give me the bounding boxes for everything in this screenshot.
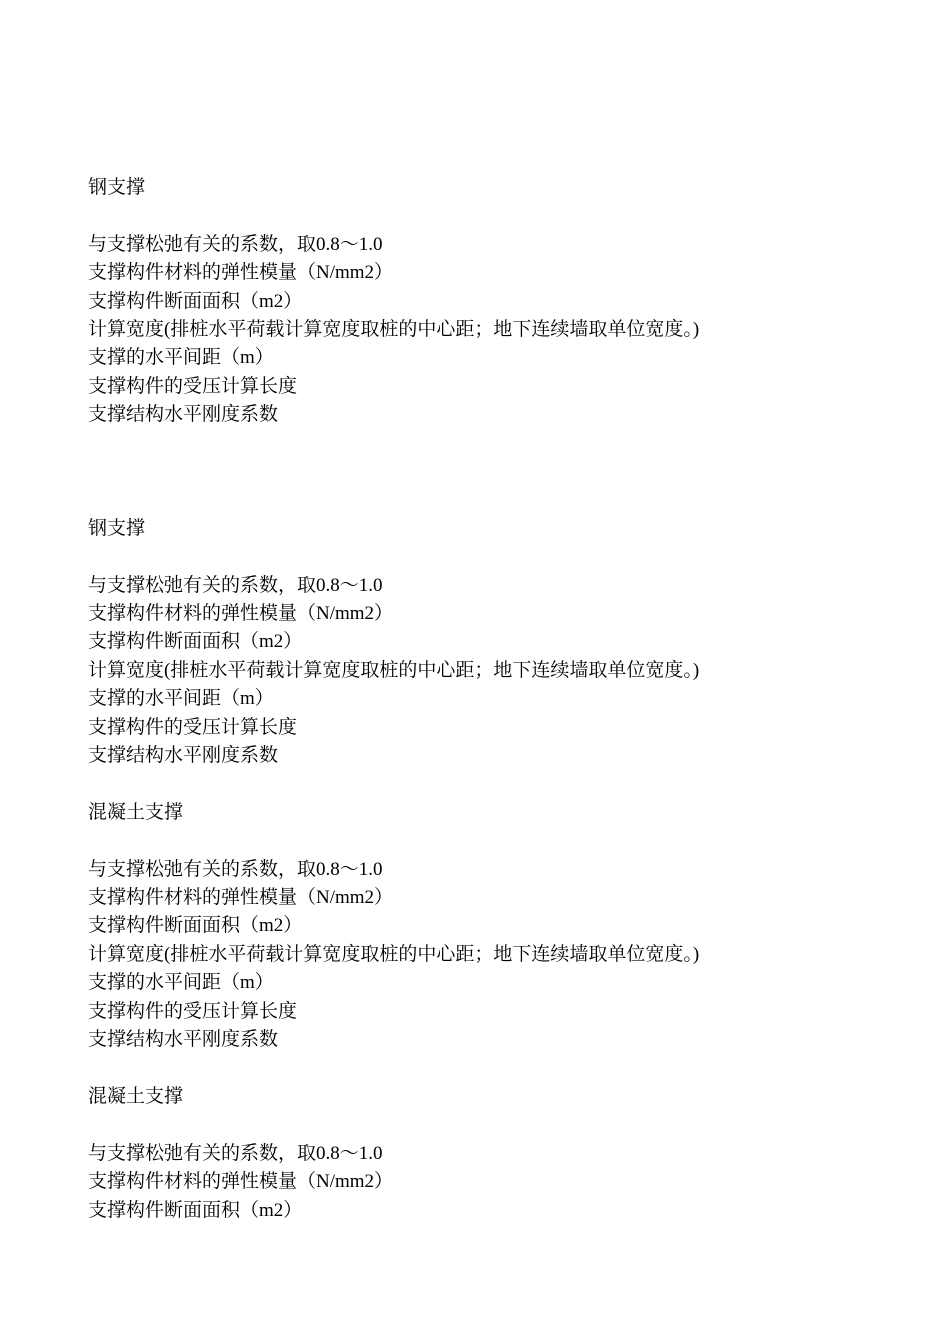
parameter-line: 与支撑松弛有关的系数，取0.8～1.0 [88,231,910,259]
parameter-line: 支撑结构水平刚度系数 [88,1026,910,1054]
parameter-line: 支撑的水平间距（m） [88,344,910,372]
parameter-line: 支撑构件断面面积（m2） [88,288,910,316]
parameter-line: 支撑构件断面面积（m2） [88,628,910,656]
parameter-line: 与支撑松弛有关的系数，取0.8～1.0 [88,856,910,884]
section-heading: 混凝土支撑 [88,1083,910,1111]
parameter-line: 支撑构件材料的弹性模量（N/mm2） [88,1168,910,1196]
parameter-line: 支撑构件材料的弹性模量（N/mm2） [88,259,910,287]
parameter-line: 支撑构件断面面积（m2） [88,912,910,940]
parameter-line: 支撑构件断面面积（m2） [88,1197,910,1225]
parameter-line: 支撑的水平间距（m） [88,685,910,713]
section-concrete-support-1: 混凝土支撑 与支撑松弛有关的系数，取0.8～1.0 支撑构件材料的弹性模量（N/… [88,799,910,1055]
parameter-line: 计算宽度(排桩水平荷载计算宽度取桩的中心距；地下连续墙取单位宽度。) [88,941,910,969]
parameter-line: 计算宽度(排桩水平荷载计算宽度取桩的中心距；地下连续墙取单位宽度。) [88,657,910,685]
section-heading: 钢支撑 [88,174,910,202]
section-heading: 钢支撑 [88,515,910,543]
parameter-line: 支撑结构水平刚度系数 [88,401,910,429]
parameter-line: 支撑结构水平刚度系数 [88,742,910,770]
section-heading: 混凝土支撑 [88,799,910,827]
section-concrete-support-2: 混凝土支撑 与支撑松弛有关的系数，取0.8～1.0 支撑构件材料的弹性模量（N/… [88,1083,910,1225]
parameter-line: 支撑的水平间距（m） [88,969,910,997]
parameter-line: 支撑构件材料的弹性模量（N/mm2） [88,884,910,912]
parameter-line: 支撑构件的受压计算长度 [88,714,910,742]
section-steel-support-1: 钢支撑 与支撑松弛有关的系数，取0.8～1.0 支撑构件材料的弹性模量（N/mm… [88,174,910,430]
parameter-line: 与支撑松弛有关的系数，取0.8～1.0 [88,1140,910,1168]
parameter-line: 支撑构件的受压计算长度 [88,998,910,1026]
document-page: 钢支撑 与支撑松弛有关的系数，取0.8～1.0 支撑构件材料的弹性模量（N/mm… [0,0,950,1344]
section-steel-support-2: 钢支撑 与支撑松弛有关的系数，取0.8～1.0 支撑构件材料的弹性模量（N/mm… [88,515,910,771]
parameter-line: 支撑构件材料的弹性模量（N/mm2） [88,600,910,628]
parameter-line: 与支撑松弛有关的系数，取0.8～1.0 [88,572,910,600]
parameter-line: 计算宽度(排桩水平荷载计算宽度取桩的中心距；地下连续墙取单位宽度。) [88,316,910,344]
parameter-line: 支撑构件的受压计算长度 [88,373,910,401]
